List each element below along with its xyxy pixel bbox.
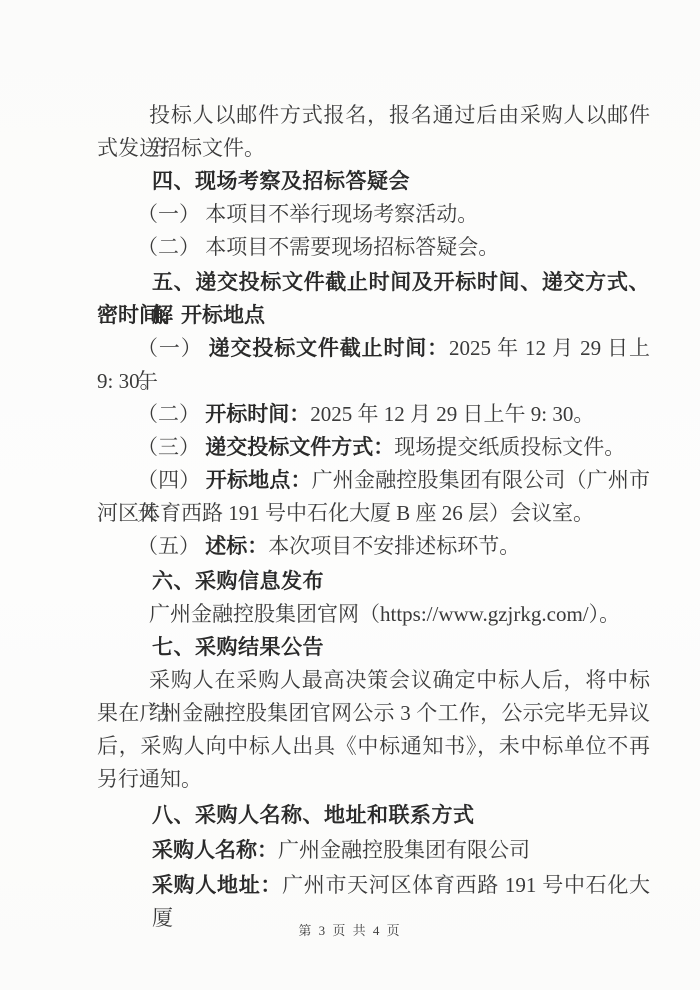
- bold-text-segment: 采购人地址：: [152, 874, 282, 897]
- text-line: 采购人地址：广州市天河区体育西路 191 号中石化大厦: [97, 869, 650, 902]
- text-line: （二） 本项目不需要现场招标答疑会。: [97, 231, 650, 264]
- text-segment: （一） 本项目不举行现场考察活动。: [137, 202, 478, 226]
- bold-text-segment: 八、采购人名称、地址和联系方式: [152, 804, 475, 827]
- bold-text-segment: 开标地点：: [206, 469, 312, 492]
- bold-text-segment: 密时间、开标地点: [97, 304, 265, 327]
- section-heading: 六、采购信息发布: [97, 565, 650, 598]
- text-segment: （五）: [137, 534, 205, 558]
- bold-text-segment: 开标时间：: [205, 403, 310, 426]
- text-line: 另行通知。: [97, 763, 650, 796]
- text-segment: （二） 本项目不需要现场招标答疑会。: [137, 235, 499, 259]
- text-line: （四） 开标地点：广州金融控股集团有限公司（广州市天: [97, 464, 650, 497]
- text-segment: （三）: [137, 435, 205, 459]
- bold-text-segment: 六、采购信息发布: [152, 570, 324, 593]
- bold-text-segment: 四、现场考察及招标答疑会: [152, 170, 410, 193]
- text-segment: 河区体育西路 191 号中石化大厦 B 座 26 层）会议室。: [97, 501, 594, 525]
- text-line: 采购人在采购人最高决策会议确定中标人后，将中标结: [97, 664, 650, 697]
- document-body: 投标人以邮件方式报名，报名通过后由采购人以邮件方式发送招标文件。四、现场考察及招…: [97, 99, 650, 902]
- text-line: 密时间、开标地点: [97, 299, 650, 332]
- text-segment: 后，采购人向中标人出具《中标通知书》，未中标单位不再: [97, 734, 650, 758]
- text-line: （五） 述标：本次项目不安排述标环节。: [97, 530, 650, 563]
- document-page: 投标人以邮件方式报名，报名通过后由采购人以邮件方式发送招标文件。四、现场考察及招…: [0, 0, 700, 990]
- page-number: 第 3 页 共 4 页: [0, 920, 700, 939]
- text-line: 式发送招标文件。: [97, 132, 650, 165]
- text-line: 9: 30。: [97, 365, 650, 398]
- text-segment: 另行通知。: [97, 767, 202, 791]
- text-segment: （四）: [137, 468, 206, 492]
- text-segment: 式发送招标文件。: [97, 136, 265, 160]
- text-segment: 果在广州金融控股集团官网公示 3 个工作，公示完毕无异议: [97, 701, 650, 725]
- text-line: 广州金融控股集团官网（https://www.gzjrkg.com/）。: [97, 598, 650, 631]
- bold-text-segment: 述标：: [205, 535, 268, 558]
- text-line: （一） 本项目不举行现场考察活动。: [97, 198, 650, 231]
- text-segment: 本次项目不安排述标环节。: [268, 534, 520, 558]
- text-segment: （二）: [137, 402, 205, 426]
- section-heading: 七、采购结果公告: [97, 631, 650, 664]
- text-segment: （一）: [137, 336, 209, 360]
- text-segment: 广州金融控股集团有限公司: [278, 838, 530, 862]
- text-segment: 2025 年 12 月 29 日上午 9: 30。: [310, 402, 594, 426]
- text-line: （二） 开标时间：2025 年 12 月 29 日上午 9: 30。: [97, 398, 650, 431]
- text-line: 后，采购人向中标人出具《中标通知书》，未中标单位不再: [97, 730, 650, 763]
- bold-text-segment: 递交投标文件方式：: [205, 436, 394, 459]
- bold-text-segment: 递交投标文件截止时间：: [209, 337, 449, 360]
- section-heading: 八、采购人名称、地址和联系方式: [97, 799, 650, 832]
- text-segment: 现场提交纸质投标文件。: [394, 435, 625, 459]
- text-line: 果在广州金融控股集团官网公示 3 个工作，公示完毕无异议: [97, 697, 650, 730]
- bold-text-segment: 采购人名称：: [152, 839, 278, 862]
- section-heading: 四、现场考察及招标答疑会: [97, 165, 650, 198]
- bold-text-segment: 七、采购结果公告: [152, 636, 324, 659]
- text-line: 投标人以邮件方式报名，报名通过后由采购人以邮件方: [97, 99, 650, 132]
- text-line: 河区体育西路 191 号中石化大厦 B 座 26 层）会议室。: [97, 497, 650, 530]
- text-segment: 9: 30。: [97, 369, 161, 393]
- text-line: （三） 递交投标文件方式：现场提交纸质投标文件。: [97, 431, 650, 464]
- text-line: （一） 递交投标文件截止时间：2025 年 12 月 29 日上午: [97, 332, 650, 365]
- section-heading: 五、递交投标文件截止时间及开标时间、递交方式、解: [97, 266, 650, 299]
- text-segment: 广州金融控股集团官网（https://www.gzjrkg.com/）。: [149, 602, 620, 626]
- text-line: 采购人名称：广州金融控股集团有限公司: [97, 834, 650, 867]
